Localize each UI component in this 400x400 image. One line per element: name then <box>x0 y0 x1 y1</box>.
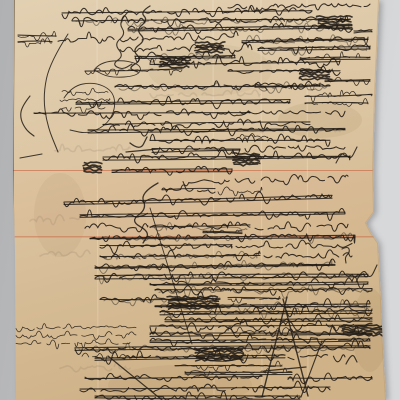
manuscript-photo <box>0 0 400 400</box>
strikethrough <box>175 365 282 366</box>
strikethrough <box>103 156 350 157</box>
strikethrough <box>112 172 232 173</box>
strikethrough <box>152 149 240 150</box>
strikethrough <box>325 81 370 82</box>
strikethrough <box>34 113 250 114</box>
manuscript-drawing <box>0 0 400 400</box>
strikethrough <box>165 321 372 322</box>
stain <box>278 102 362 138</box>
